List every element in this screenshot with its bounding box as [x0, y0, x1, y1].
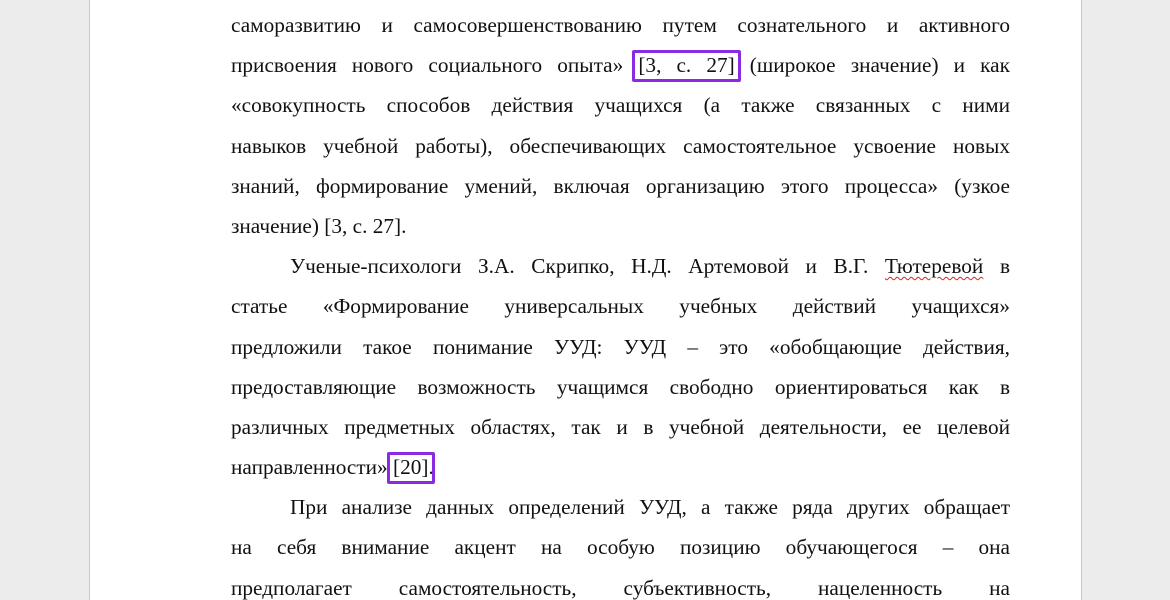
citation-highlighted[interactable]: [3, с. 27] [638, 53, 734, 77]
text-line: предоставляющие возможность учащимся сво… [231, 367, 1010, 407]
text-line: знаний, формирование умений, включая орг… [231, 166, 1010, 206]
text-line: При анализе данных определений УУД, а та… [231, 487, 1010, 527]
text-line: предложили такое понимание УУД: УУД – эт… [231, 327, 1010, 367]
text-fragment: присвоения нового социального опыта» [231, 53, 638, 77]
text-fragment: Ученые-психологи З.А. Скрипко, Н.Д. Арте… [290, 254, 885, 278]
citation-highlighted[interactable]: [20] [393, 455, 428, 479]
text-line: присвоения нового социального опыта» [3,… [231, 45, 1010, 85]
text-line: навыков учебной работы), обеспечивающих … [231, 126, 1010, 166]
text-line: саморазвитию и самосовершенствованию пут… [231, 5, 1010, 45]
text-line: статье «Формирование универсальных учебн… [231, 286, 1010, 326]
text-line: «совокупность способов действия учащихся… [231, 85, 1010, 125]
text-line: значение) [3, с. 27]. [231, 206, 1010, 246]
text-fragment: (широкое значение) и как [735, 53, 1010, 77]
text-line: на себя внимание акцент на особую позици… [231, 527, 1010, 567]
text-line: направленности» [20]. [231, 447, 1010, 487]
text-fragment: в [983, 254, 1010, 278]
text-line: Ученые-психологи З.А. Скрипко, Н.Д. Арте… [231, 246, 1010, 286]
text-fragment: направленности» [231, 455, 393, 479]
text-line: различных предметных областях, так и в у… [231, 407, 1010, 447]
text-fragment: . [429, 455, 434, 479]
document-body[interactable]: саморазвитию и самосовершенствованию пут… [231, 5, 1010, 600]
misspelled-word[interactable]: Тютеревой [885, 254, 983, 278]
text-line: предполагает самостоятельность, субъекти… [231, 568, 1010, 600]
